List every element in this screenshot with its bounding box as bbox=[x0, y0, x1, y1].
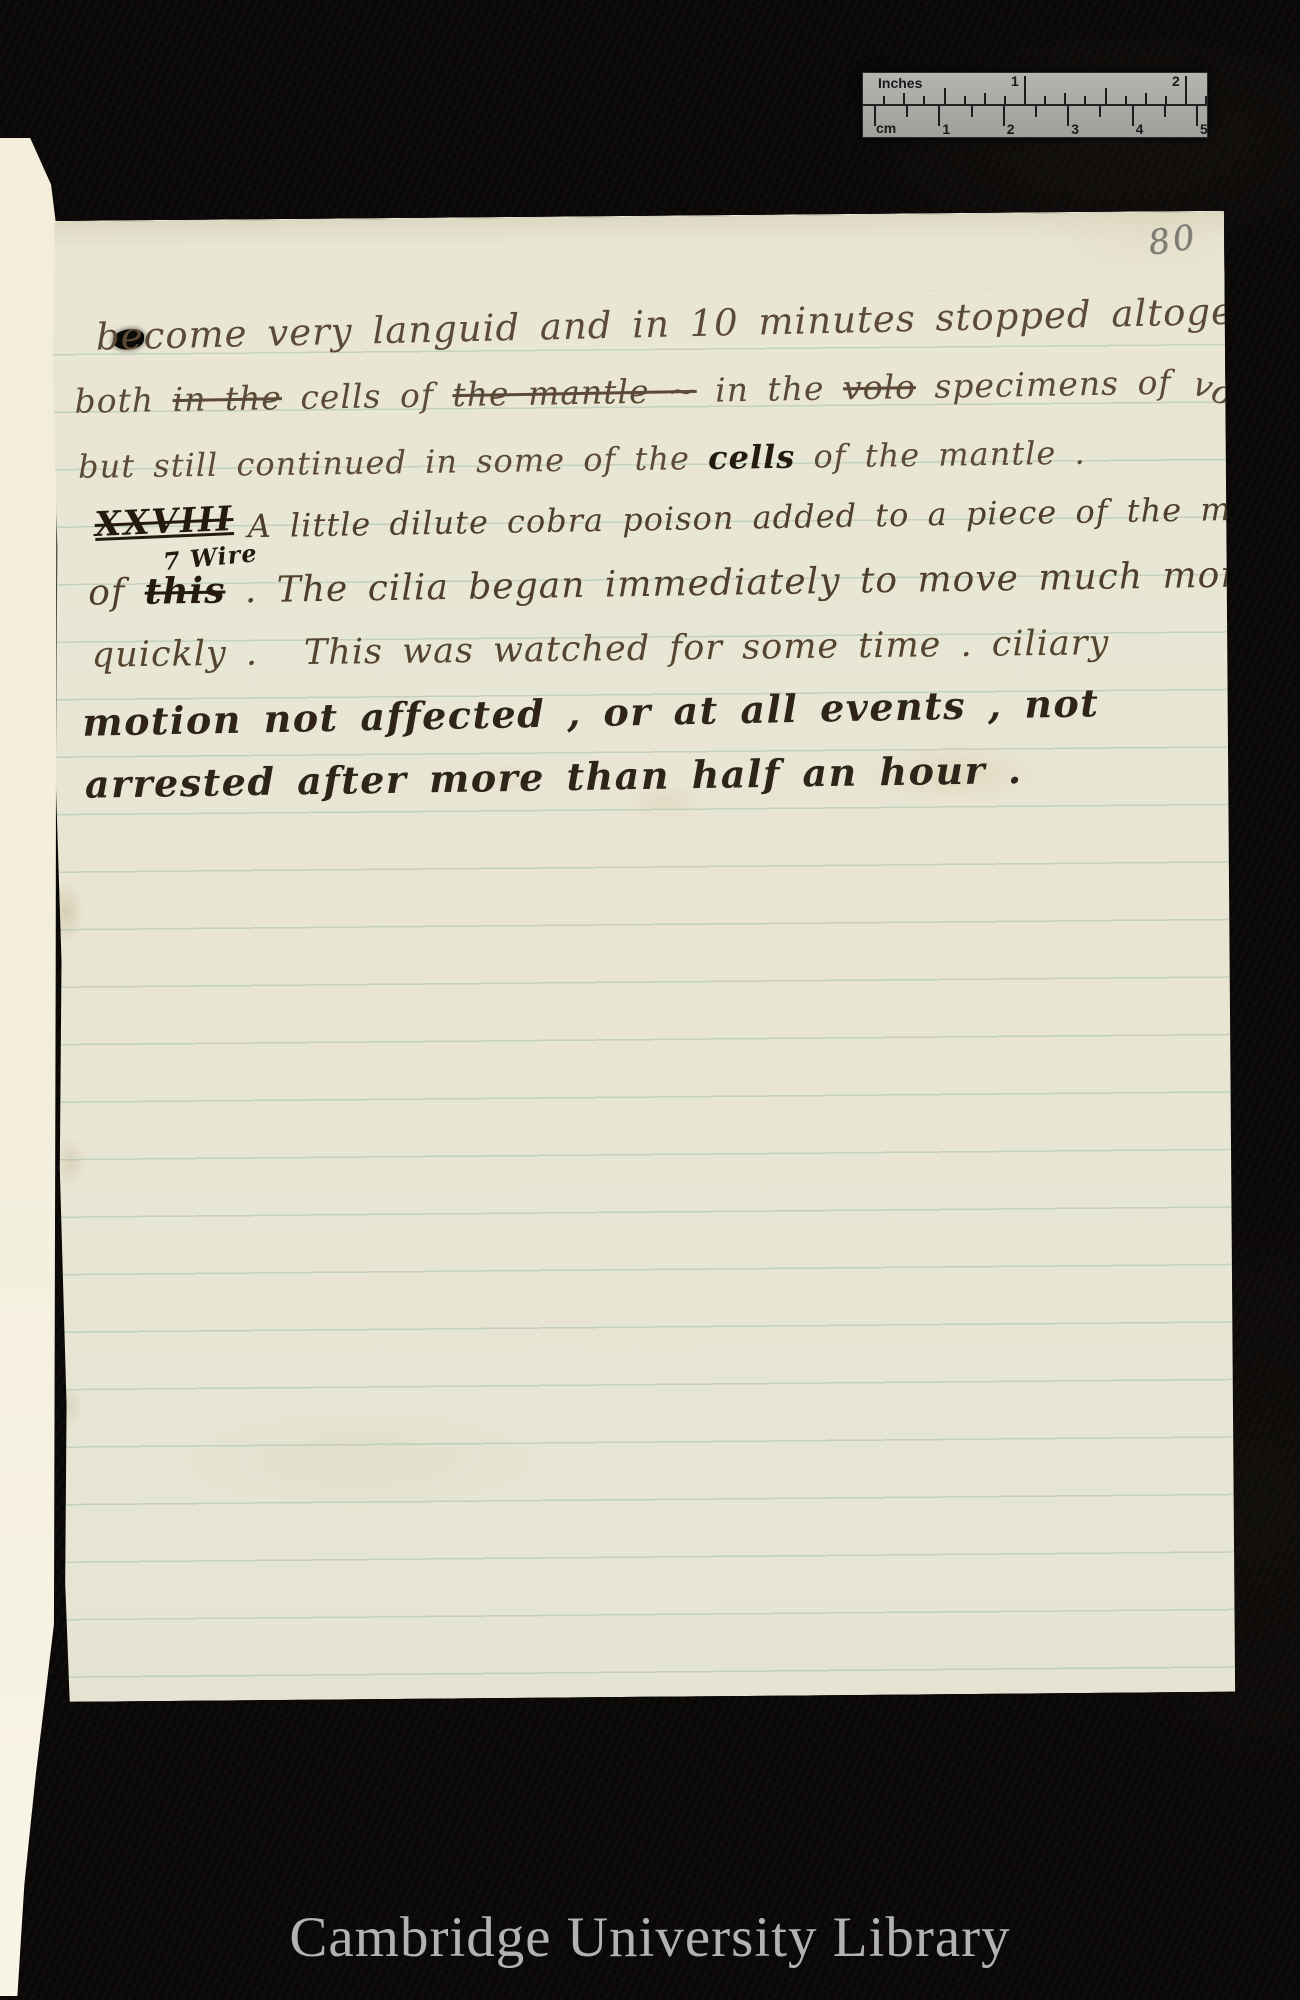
ruler-cm-number: 4 bbox=[1136, 121, 1144, 137]
ruler-tick bbox=[1084, 96, 1086, 104]
ruler-tick bbox=[1164, 106, 1166, 117]
ruler-cm-number: 3 bbox=[1071, 121, 1079, 137]
ruler-tick bbox=[938, 106, 940, 126]
manuscript-segment: volo bbox=[843, 367, 917, 407]
ruler-tick bbox=[1024, 76, 1026, 104]
photo-frame: 80 become very languid and in 10 minutes… bbox=[0, 0, 1300, 2000]
measurement-ruler: Inches 12 cm 12345 bbox=[862, 72, 1208, 138]
ruler-tick bbox=[1196, 106, 1198, 126]
ruler-tick bbox=[1067, 106, 1069, 126]
ruler-tick bbox=[1185, 76, 1187, 104]
pencil-page-number: 80 bbox=[1146, 217, 1201, 264]
ruler-cm-label: cm bbox=[876, 120, 896, 136]
margin-mark-crossed: XXVIII bbox=[94, 499, 234, 545]
ruler-tick bbox=[1125, 96, 1127, 104]
ruler-inch-number: 1 bbox=[1011, 73, 1019, 89]
ruler-inch-number: 2 bbox=[1172, 73, 1180, 89]
ruler-tick bbox=[1064, 93, 1066, 104]
ruler-tick bbox=[964, 96, 966, 104]
manuscript-segment: in the bbox=[696, 368, 843, 410]
ruler-tick bbox=[971, 106, 973, 117]
ruler-tick bbox=[944, 88, 946, 104]
ruler-cm-row: cm 12345 bbox=[863, 106, 1207, 137]
ruler-tick bbox=[1044, 96, 1046, 104]
ruler-tick bbox=[1035, 106, 1037, 117]
ruler-tick bbox=[883, 96, 885, 104]
manuscript-page: 80 become very languid and in 10 minutes… bbox=[48, 211, 1237, 1702]
ruler-tick bbox=[1105, 88, 1107, 104]
manuscript-segment: specimens of bbox=[916, 362, 1191, 406]
manuscript-segment: both bbox=[74, 380, 173, 421]
manuscript-segment: of the mantle . bbox=[795, 434, 1086, 476]
ruler-tick bbox=[903, 93, 905, 104]
manuscript-segment: this bbox=[144, 570, 225, 613]
ruler-inches-row: Inches 12 bbox=[863, 73, 1207, 106]
ruler-tick bbox=[923, 96, 925, 104]
ruler-tick bbox=[1132, 106, 1134, 126]
ruler-cm-number: 5 bbox=[1200, 121, 1208, 137]
ruler-tick bbox=[1004, 96, 1006, 104]
ruler-tick bbox=[1099, 106, 1101, 117]
ruler-tick bbox=[874, 106, 876, 126]
watermark-text: Cambridge University Library bbox=[0, 1905, 1300, 1970]
ruler-tick bbox=[1003, 106, 1005, 126]
ruler-tick bbox=[906, 106, 908, 117]
ruler-tick bbox=[984, 93, 986, 104]
manuscript-segment: in the bbox=[172, 378, 282, 419]
ruler-cm-number: 1 bbox=[942, 121, 950, 137]
manuscript-segment: cells bbox=[708, 438, 796, 477]
ruler-tick bbox=[1165, 96, 1167, 104]
manuscript-segment: of bbox=[88, 572, 145, 614]
manuscript-segment: quickly . bbox=[92, 634, 259, 676]
ruler-tick bbox=[1145, 93, 1147, 104]
ruler-tick bbox=[1205, 96, 1207, 104]
manuscript-segment: cells of bbox=[282, 375, 453, 417]
manuscript-segment: the mantle ~ bbox=[452, 371, 697, 414]
ruler-inches-label: Inches bbox=[878, 75, 922, 91]
ruler-cm-number: 2 bbox=[1007, 121, 1015, 137]
